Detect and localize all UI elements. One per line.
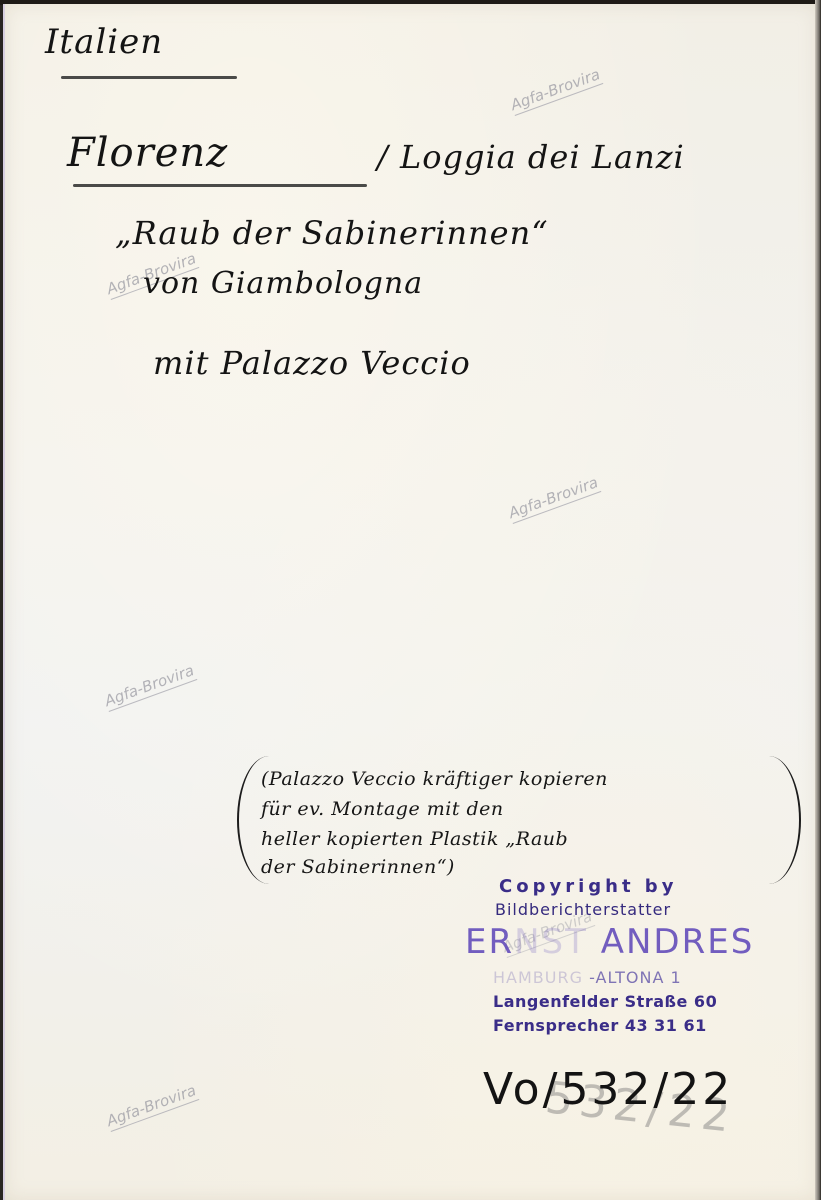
agfa-brovira-watermark: Agfa-Brovira bbox=[102, 661, 197, 712]
agfa-brovira-watermark: Agfa-Brovira bbox=[508, 65, 603, 116]
subject-line-3: mit Palazzo Veccio bbox=[153, 344, 471, 382]
instruction-note-line-4: der Sabinerinnen“) bbox=[261, 856, 455, 878]
scan-right-edge bbox=[815, 0, 821, 1200]
stamp-photographer-name: ERNST ANDRES bbox=[465, 922, 754, 962]
city-heading: Florenz bbox=[67, 130, 228, 176]
instruction-note-line-3: heller kopierten Plastik „Raub bbox=[261, 828, 568, 850]
stamp-reporter-line: Bildberichterstatter bbox=[495, 900, 671, 919]
subject-line-1: „Raub der Sabinerinnen“ bbox=[115, 214, 549, 252]
agfa-brovira-watermark: Agfa-Brovira bbox=[506, 473, 601, 524]
subject-line-2: von Giambologna bbox=[143, 266, 423, 301]
country-heading: Italien bbox=[45, 22, 163, 62]
stamp-city-visible: -ALTONA 1 bbox=[589, 968, 682, 987]
agfa-brovira-watermark: Agfa-Brovira bbox=[104, 1081, 199, 1132]
stamp-city-line: HAMBURG -ALTONA 1 bbox=[493, 968, 682, 987]
archive-number-value: 532/22 bbox=[560, 1064, 733, 1115]
stamp-name-rest: ANDRES bbox=[588, 922, 754, 962]
stamp-street-line: Langenfelder Straße 60 bbox=[493, 992, 717, 1011]
stamp-city-faded: HAMBURG bbox=[493, 968, 589, 987]
city-underline bbox=[73, 184, 367, 187]
stamp-phone-line: Fernsprecher 43 31 61 bbox=[493, 1016, 707, 1035]
stamp-copyright-line: Copyright by bbox=[499, 876, 677, 897]
instruction-note-line-1: (Palazzo Veccio kräftiger kopieren bbox=[261, 768, 608, 790]
country-underline bbox=[61, 76, 237, 79]
archive-number: Vo/532/22 bbox=[483, 1064, 733, 1115]
location-text: / Loggia dei Lanzi bbox=[377, 138, 685, 176]
photo-back-card: Agfa-Brovira Agfa-Brovira Agfa-Brovira A… bbox=[3, 4, 817, 1200]
stamp-name-faded: NST bbox=[514, 922, 588, 962]
stamp-name-visible: ER bbox=[465, 922, 514, 962]
instruction-note-line-2: für ev. Montage mit den bbox=[261, 798, 504, 820]
archive-prefix: Vo/ bbox=[483, 1064, 560, 1115]
